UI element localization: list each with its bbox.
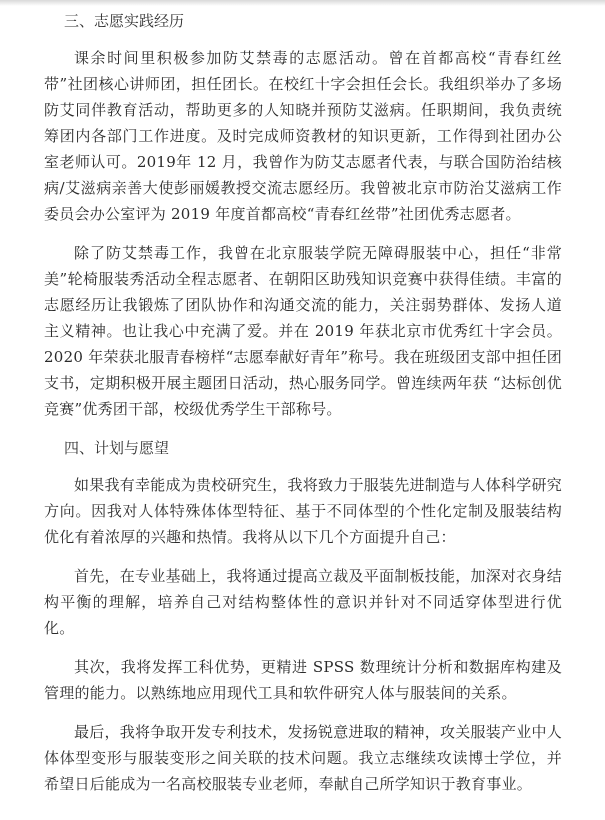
paragraph-volunteer-aids: 课余时间里积极参加防艾禁毒的志愿活动。曾在首都高校“青春红丝带”社团核心讲师团，…: [44, 45, 562, 227]
section-heading-plans: 四、计划与愿望: [44, 435, 562, 461]
paragraph-plans-intro: 如果我有幸能成为贵校研究生，我将致力于服装先进制造与人体科学研究方向。因我对人体…: [44, 472, 562, 550]
document-page: 三、志愿实践经历 课余时间里积极参加防艾禁毒的志愿活动。曾在首都高校“青春红丝带…: [44, 8, 562, 810]
paragraph-volunteer-other: 除了防艾禁毒工作，我曾在北京服装学院无障碍服装中心，担任“非常美”轮椅服装秀活动…: [44, 240, 562, 422]
paragraph-plans-second: 其次，我将发挥工科优势，更精进 SPSS 数理统计分析和数据库构建及管理的能力。…: [44, 654, 562, 706]
page-top-shadow: [0, 0, 605, 6]
paragraph-plans-last: 最后，我将争取开发专利技术，发扬锐意进取的精神，攻关服装产业中人体体型变形与服装…: [44, 719, 562, 797]
paragraph-plans-first: 首先，在专业基础上，我将通过提高立裁及平面制板技能，加深对衣身结构平衡的理解，培…: [44, 563, 562, 641]
section-heading-volunteer: 三、志愿实践经历: [44, 8, 562, 34]
